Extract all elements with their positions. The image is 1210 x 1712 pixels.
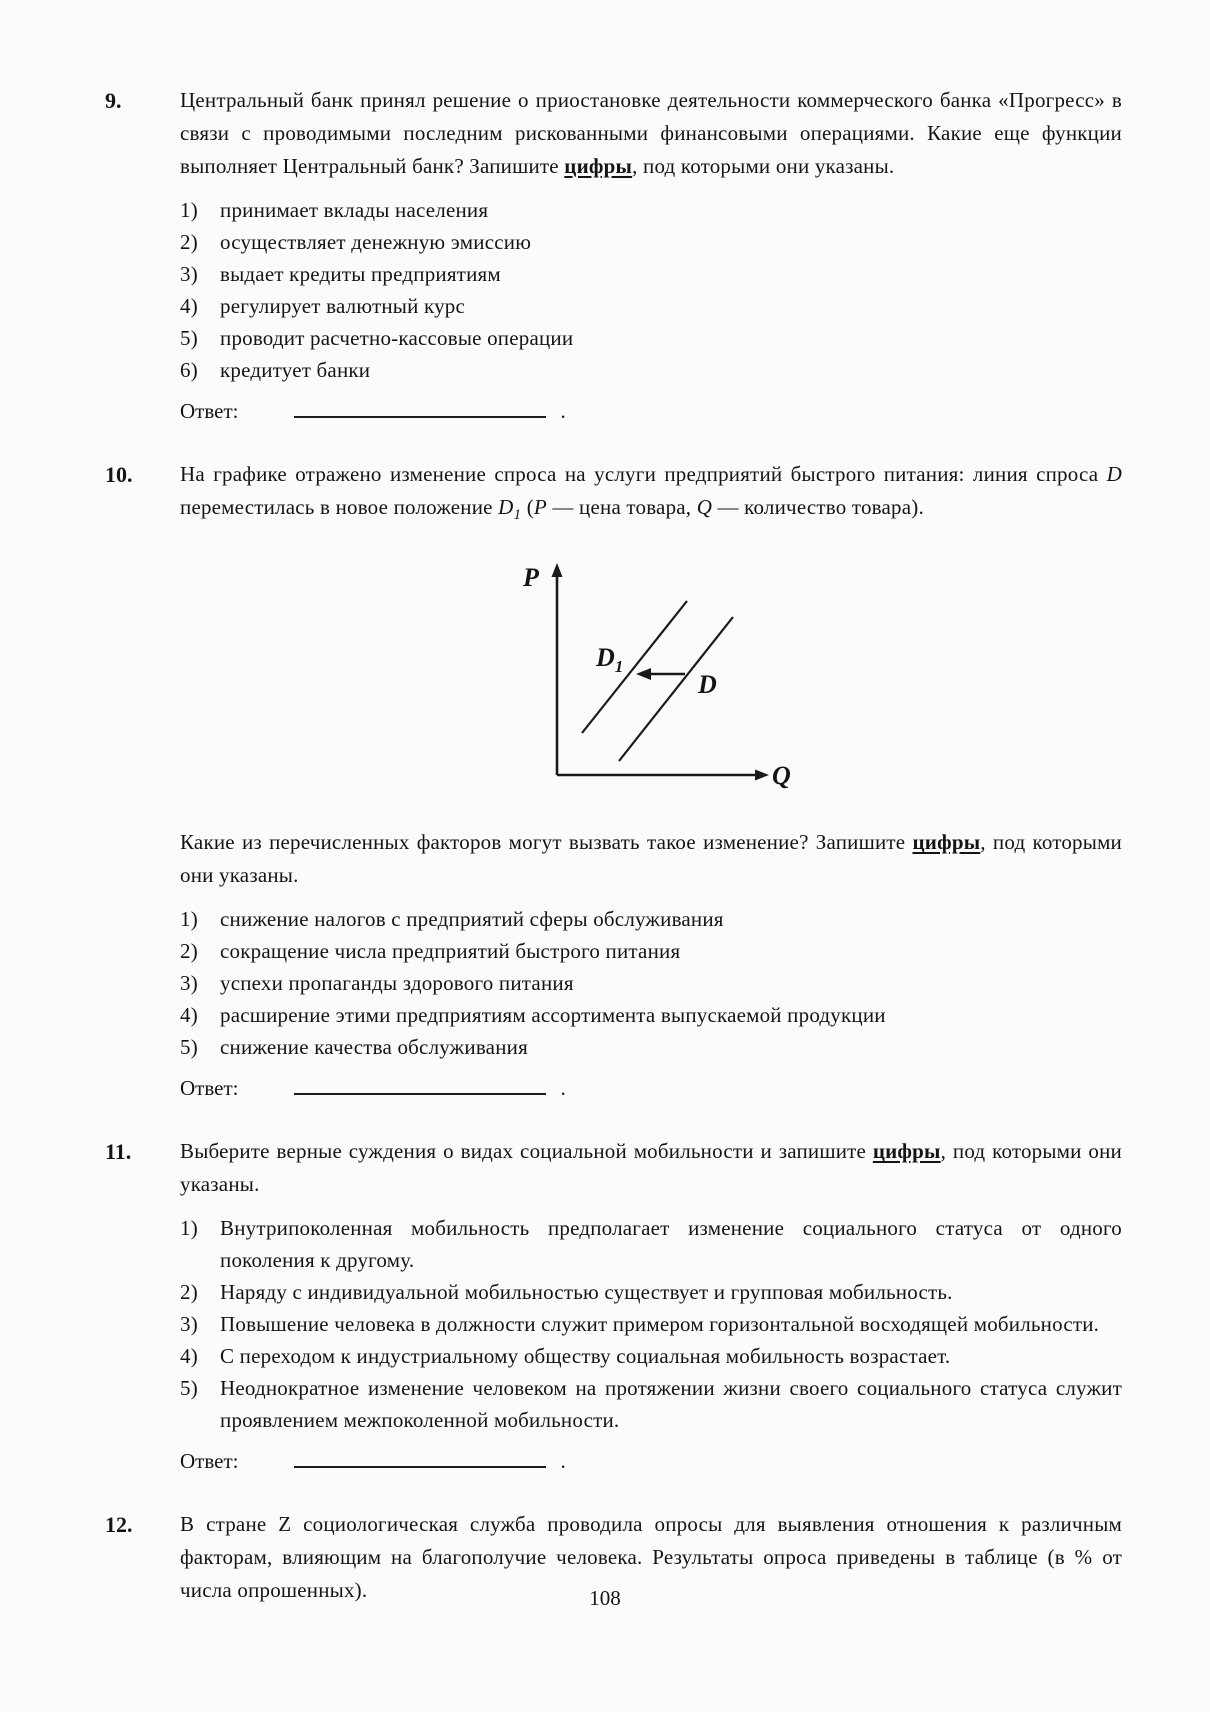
question-11-options: 1)Внутрипоколенная мобильность предполаг… bbox=[180, 1212, 1122, 1436]
option-item: 5)Неоднократное изменение человеком на п… bbox=[180, 1372, 1122, 1436]
question-10-prompt: Какие из перечисленных факторов могут вы… bbox=[180, 826, 1122, 892]
answer-blank-line bbox=[294, 396, 546, 418]
answer-blank-line bbox=[294, 1073, 546, 1095]
option-number: 2) bbox=[180, 935, 220, 967]
option-text: проводит расчетно-кассовые операции bbox=[220, 326, 573, 350]
answer-row: Ответ:. bbox=[180, 395, 1122, 428]
question-10-text: На графике отражено изменение спроса на … bbox=[180, 458, 1122, 532]
question-9: 9. Центральный банк принял решение о при… bbox=[105, 84, 1122, 428]
option-number: 6) bbox=[180, 354, 220, 386]
option-item: 4)расширение этими предприятиям ассортим… bbox=[180, 999, 1122, 1031]
option-number: 5) bbox=[180, 322, 220, 354]
option-item: 2)Наряду с индивидуальной мобильностью с… bbox=[180, 1276, 1122, 1308]
question-9-text: Центральный банк принял решение о приост… bbox=[180, 84, 1122, 183]
answer-label: Ответ: bbox=[180, 1449, 238, 1473]
option-item: 4)регулирует валютный курс bbox=[180, 290, 1122, 322]
option-item: 1)снижение налогов с предприятий сферы о… bbox=[180, 903, 1122, 935]
answer-row: Ответ:. bbox=[180, 1072, 1122, 1105]
option-item: 5)снижение качества обслуживания bbox=[180, 1031, 1122, 1063]
question-11-text: Выберите верные суждения о видах социаль… bbox=[180, 1135, 1122, 1201]
answer-blank-line bbox=[294, 1446, 546, 1468]
question-10-body: На графике отражено изменение спроса на … bbox=[180, 458, 1122, 1105]
question-10: 10. На графике отражено изменение спроса… bbox=[105, 458, 1122, 1105]
answer-row: Ответ:. bbox=[180, 1445, 1122, 1478]
option-text: сокращение числа предприятий быстрого пи… bbox=[220, 939, 680, 963]
option-text: Внутрипоколенная мобильность предполагае… bbox=[220, 1216, 1122, 1272]
option-text: Наряду с индивидуальной мобильностью сущ… bbox=[220, 1280, 953, 1304]
option-item: 2)осуществляет денежную эмиссию bbox=[180, 226, 1122, 258]
option-text: Повышение человека в должности служит пр… bbox=[220, 1312, 1099, 1336]
option-number: 1) bbox=[180, 1212, 220, 1244]
answer-label: Ответ: bbox=[180, 399, 238, 423]
demand-shift-graph: P Q D1 D bbox=[510, 560, 1122, 800]
x-axis-label: Q bbox=[772, 761, 791, 790]
question-9-number: 9. bbox=[105, 84, 180, 428]
option-item: 2)сокращение числа предприятий быстрого … bbox=[180, 935, 1122, 967]
option-item: 6)кредитует банки bbox=[180, 354, 1122, 386]
answer-period: . bbox=[560, 1076, 565, 1100]
option-item: 1)принимает вклады населения bbox=[180, 194, 1122, 226]
option-number: 2) bbox=[180, 1276, 220, 1308]
option-text: расширение этими предприятиям ассортимен… bbox=[220, 1003, 886, 1027]
option-item: 3)успехи пропаганды здорового питания bbox=[180, 967, 1122, 999]
option-number: 5) bbox=[180, 1372, 220, 1404]
shift-arrowhead-icon bbox=[636, 668, 651, 680]
option-number: 4) bbox=[180, 290, 220, 322]
y-axis-arrowhead-icon bbox=[552, 563, 563, 577]
question-11-number: 11. bbox=[105, 1135, 180, 1478]
option-text: снижение налогов с предприятий сферы обс… bbox=[220, 907, 724, 931]
x-axis-arrowhead-icon bbox=[755, 770, 769, 781]
option-number: 4) bbox=[180, 1340, 220, 1372]
option-number: 2) bbox=[180, 226, 220, 258]
question-11-body: Выберите верные суждения о видах социаль… bbox=[180, 1135, 1122, 1478]
question-10-options: 1)снижение налогов с предприятий сферы о… bbox=[180, 903, 1122, 1063]
option-number: 1) bbox=[180, 194, 220, 226]
option-item: 1)Внутрипоколенная мобильность предполаг… bbox=[180, 1212, 1122, 1276]
page-number: 108 bbox=[0, 1586, 1210, 1611]
question-9-body: Центральный банк принял решение о приост… bbox=[180, 84, 1122, 428]
option-number: 1) bbox=[180, 903, 220, 935]
option-text: регулирует валютный курс bbox=[220, 294, 465, 318]
answer-period: . bbox=[560, 1449, 565, 1473]
d-line-label: D bbox=[697, 670, 717, 699]
option-number: 3) bbox=[180, 1308, 220, 1340]
y-axis-label: P bbox=[522, 563, 540, 592]
question-9-options: 1)принимает вклады населения 2)осуществл… bbox=[180, 194, 1122, 386]
option-number: 4) bbox=[180, 999, 220, 1031]
option-item: 3)Повышение человека в должности служит … bbox=[180, 1308, 1122, 1340]
exam-page: 9. Центральный банк принял решение о при… bbox=[0, 0, 1210, 1712]
answer-period: . bbox=[560, 399, 565, 423]
option-text: принимает вклады населения bbox=[220, 198, 488, 222]
question-11: 11. Выберите верные суждения о видах соц… bbox=[105, 1135, 1122, 1478]
option-text: осуществляет денежную эмиссию bbox=[220, 230, 531, 254]
option-number: 3) bbox=[180, 967, 220, 999]
d1-line-label: D1 bbox=[595, 643, 623, 676]
option-text: Неоднократное изменение человеком на про… bbox=[220, 1376, 1122, 1432]
option-number: 5) bbox=[180, 1031, 220, 1063]
option-number: 3) bbox=[180, 258, 220, 290]
option-text: С переходом к индустриальному обществу с… bbox=[220, 1344, 950, 1368]
option-item: 5)проводит расчетно-кассовые операции bbox=[180, 322, 1122, 354]
option-text: выдает кредиты предприятиям bbox=[220, 262, 501, 286]
option-text: снижение качества обслуживания bbox=[220, 1035, 528, 1059]
option-text: кредитует банки bbox=[220, 358, 370, 382]
option-item: 3)выдает кредиты предприятиям bbox=[180, 258, 1122, 290]
option-item: 4)С переходом к индустриальному обществу… bbox=[180, 1340, 1122, 1372]
option-text: успехи пропаганды здорового питания bbox=[220, 971, 574, 995]
question-10-number: 10. bbox=[105, 458, 180, 1105]
answer-label: Ответ: bbox=[180, 1076, 238, 1100]
